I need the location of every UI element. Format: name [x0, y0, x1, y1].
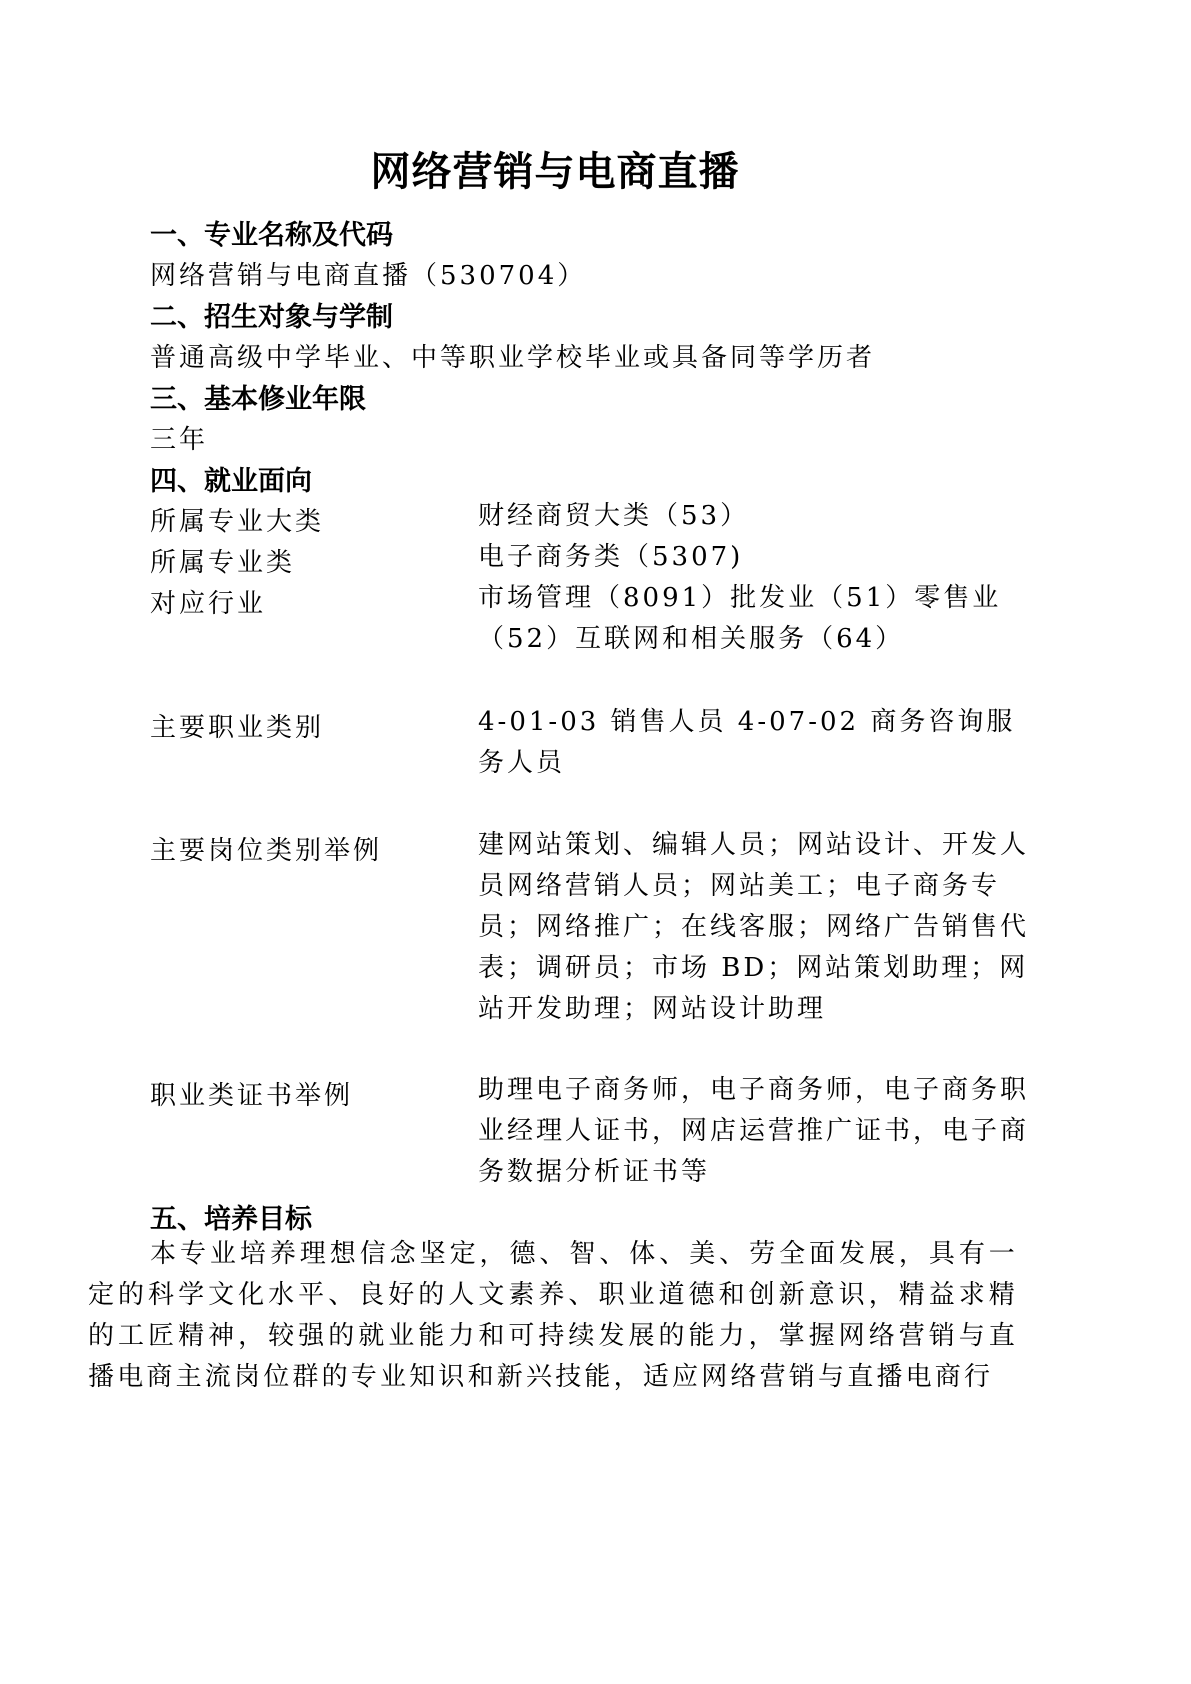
- section-content-2: 普通高级中学毕业、中等职业学校毕业或具备同等学历者: [150, 337, 875, 374]
- row-label: 对应行业: [150, 583, 266, 620]
- section-heading-2: 二、招生对象与学制: [150, 295, 393, 334]
- row-value: 4-01-03 销售人员 4-07-02 商务咨询服务人员: [478, 702, 1038, 784]
- section-content-5: 本专业培养理想信念坚定，德、智、体、美、劳全面发展，具有一定的科学文化水平、良好…: [88, 1234, 1018, 1398]
- row-value: 助理电子商务师，电子商务师，电子商务职业经理人证书，网店运营推广证书，电子商务数…: [478, 1070, 1038, 1193]
- row-value: 电子商务类（5307): [478, 537, 1038, 578]
- page-title: 网络营销与电商直播: [0, 140, 1110, 197]
- row-label: 所属专业类: [150, 542, 295, 579]
- section-heading-3: 三、基本修业年限: [150, 377, 366, 416]
- row-value: 建网站策划、编辑人员；网站设计、开发人员网络营销人员；网站美工；电子商务专员；网…: [478, 825, 1038, 1030]
- row-value: 财经商贸大类（53）: [478, 496, 1038, 537]
- section-heading-1: 一、专业名称及代码: [150, 213, 393, 252]
- section-content-3: 三年: [150, 419, 208, 456]
- row-label: 主要职业类别: [150, 707, 324, 744]
- section-heading-5: 五、培养目标: [150, 1197, 312, 1236]
- section-heading-4: 四、就业面向: [150, 459, 312, 498]
- row-value: 市场管理（8091）批发业（51）零售业（52）互联网和相关服务（64）: [478, 578, 1038, 660]
- row-label: 主要岗位类别举例: [150, 830, 382, 867]
- section-content-1: 网络营销与电商直播（530704）: [150, 255, 586, 292]
- row-label: 职业类证书举例: [150, 1075, 353, 1112]
- row-label: 所属专业大类: [150, 501, 324, 538]
